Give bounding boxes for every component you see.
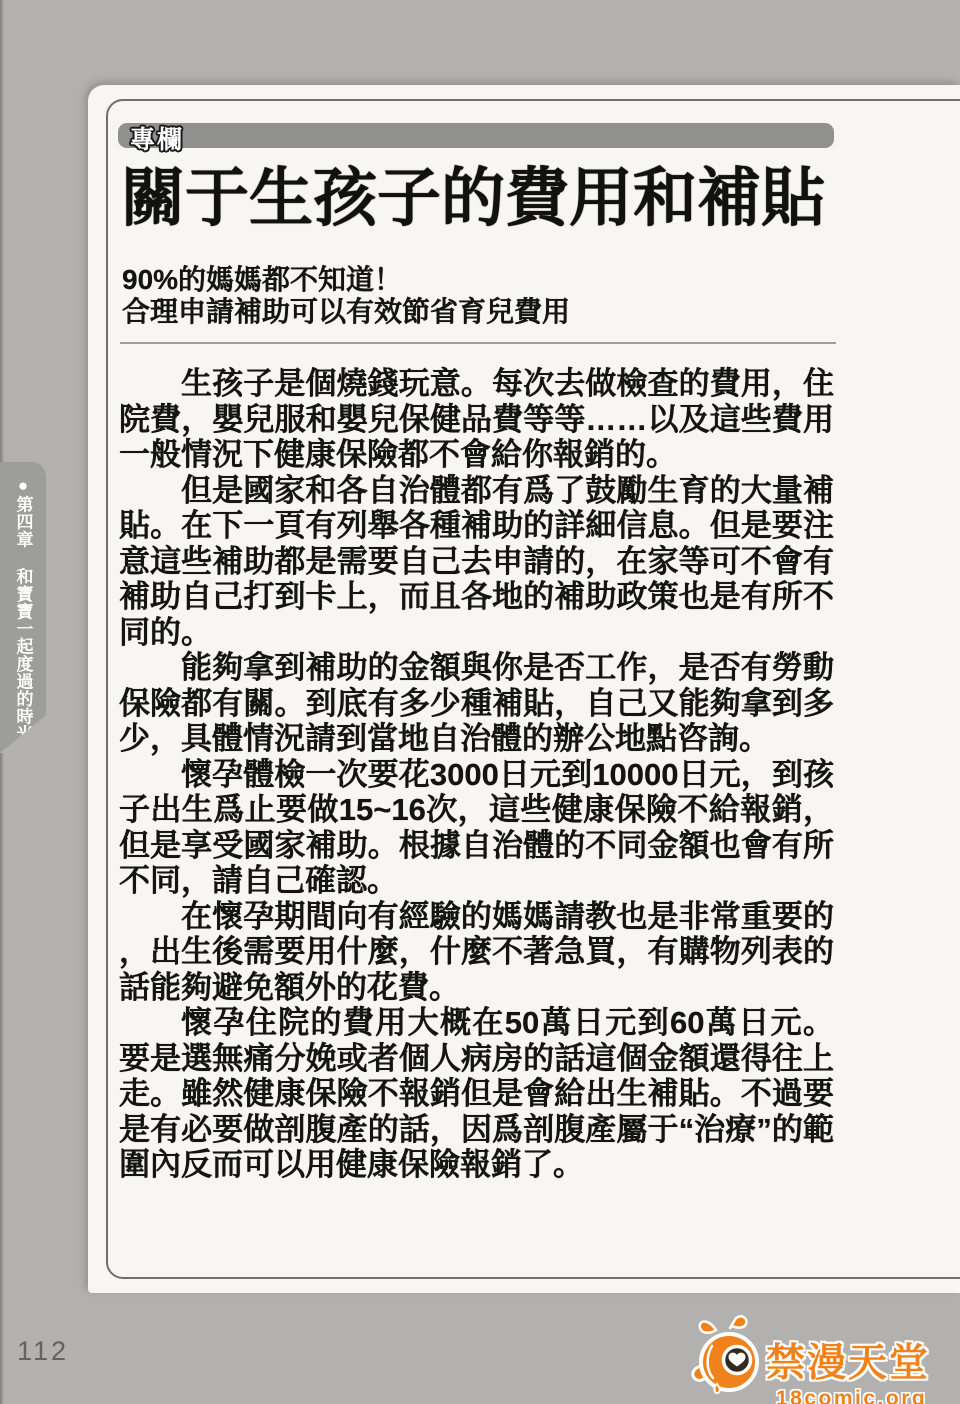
article-body: 生孩子是個燒錢玩意。每次去做檢查的費用，住院費，嬰兒服和嬰兒保健品費等等……以及…: [119, 366, 834, 1183]
article-title: 關于生孩子的費用和補貼: [121, 163, 851, 233]
watermark-site-name: 禁漫天堂: [766, 1332, 930, 1388]
column-badge: 專欄: [118, 123, 834, 148]
article-subtitle: 90%的媽媽都不知道！ 合理申請補助可以有效節省育兒費用: [122, 264, 838, 328]
chapter-tab-label: ●第四章 和寶寶一起度過的時光: [11, 476, 36, 743]
article-paragraph: 懷孕住院的費用大概在50萬日元到60萬日元。要是選無痛分娩或者個人病房的話這個金…: [119, 1005, 834, 1183]
watermark-text: 禁漫天堂 18comic.org: [766, 1314, 930, 1404]
subtitle-line-1: 90%的媽媽都不知道！: [122, 264, 838, 296]
article-paragraph: 能夠拿到補助的金額與你是否工作，是否有勞動保險都有關。到底有多少種補貼，自己又能…: [119, 650, 834, 757]
mascot-icon: [688, 1314, 764, 1398]
subtitle-divider: [120, 342, 836, 344]
article-paragraph: 生孩子是個燒錢玩意。每次去做檢查的費用，住院費，嬰兒服和嬰兒保健品費等等……以及…: [119, 366, 834, 473]
chapter-tab: ●第四章 和寶寶一起度過的時光: [0, 462, 46, 753]
watermark-site-url: 18comic.org: [766, 1387, 930, 1404]
subtitle-line-2: 合理申請補助可以有效節省育兒費用: [122, 296, 838, 328]
watermark: 禁漫天堂 18comic.org: [688, 1314, 930, 1404]
page-number: 112: [17, 1336, 69, 1367]
article-paragraph: 但是國家和各自治體都有爲了鼓勵生育的大量補貼。在下一頁有列舉各種補助的詳細信息。…: [119, 473, 834, 651]
column-badge-label: 專欄: [130, 120, 184, 156]
article-paragraph: 在懷孕期間向有經驗的媽媽請教也是非常重要的，出生後需要用什麼，什麼不著急買，有購…: [119, 899, 834, 1006]
scanned-page: 專欄 關于生孩子的費用和補貼 90%的媽媽都不知道！ 合理申請補助可以有效節省育…: [0, 0, 960, 1404]
article-paragraph: 懷孕體檢一次要花3000日元到10000日元，到孩子出生爲止要做15~16次，這…: [119, 757, 834, 899]
